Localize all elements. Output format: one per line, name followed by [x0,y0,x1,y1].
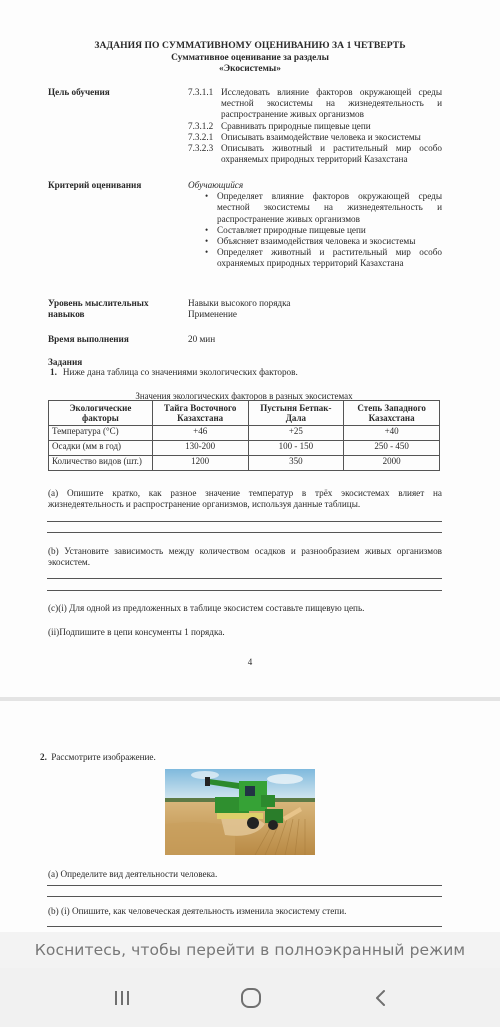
fullscreen-hint-bar[interactable]: Коснитесь, чтобы перейти в полноэкранный… [0,932,500,968]
system-navigation-bar [0,968,500,1027]
recent-apps-button[interactable] [102,982,142,1014]
combine-harvester-image [165,769,315,855]
document-title: ЗАДАНИЯ ПО СУММАТИВНОМУ ОЦЕНИВАНИЮ ЗА 1 … [0,40,500,51]
time-value: 20 мин [188,334,442,345]
criteria-subject: Обучающийся [188,180,442,191]
table-cell: +25 [248,426,344,441]
objective-item: 7.3.2.1 Описывать взаимодействие человек… [188,132,442,143]
answer-line [47,521,442,522]
assessment-criteria-label: Критерий оценивания [48,180,141,191]
thinking-skills-label: Уровень мыслительных навыков [48,298,149,320]
table-cell: Количество видов (шт.) [49,456,153,471]
document-page-5[interactable]: 2. Рассмотрите изображение. [0,701,500,932]
answer-line [47,896,442,897]
question-2a: (a) Определите вид деятельности человека… [48,869,442,880]
tasks-heading: Задания [48,357,82,367]
table-row: Количество видов (шт.) 1200 350 2000 [49,456,440,471]
objective-item: 7.3.1.1 Исследовать влияние факторов окр… [188,87,442,121]
column-header: Экологические факторы [49,401,153,426]
assessment-criteria-block: Обучающийся Определяет влияние факторов … [188,180,442,270]
table-cell: +40 [344,426,440,441]
learning-objectives-label: Цель обучения [48,87,110,98]
table-cell: +46 [152,426,248,441]
task-2-intro: 2. Рассмотрите изображение. [40,752,156,762]
table-cell: 100 - 150 [248,441,344,456]
task-1-intro: 1.Ниже дана таблица со значениями эколог… [50,367,298,377]
table-cell: Температура (°С) [49,426,153,441]
column-header: Степь Западного Казахстана [344,401,440,426]
home-icon [239,987,263,1009]
question-1b: (b) Установите зависимость между количес… [48,546,442,568]
table-row: Осадки (мм в год) 130-200 100 - 150 250 … [49,441,440,456]
question-1c-i: (c)(i) Для одной из предложенных в табли… [48,603,442,614]
criteria-item: Объясняет взаимодействия человека и экос… [205,236,442,247]
table-cell: Осадки (мм в год) [49,441,153,456]
table-cell: 130-200 [152,441,248,456]
ecological-factors-table: Экологические факторы Тайга Восточного К… [48,400,440,471]
column-header: Пустыня Бетпак-Дала [248,401,344,426]
answer-line [47,926,442,927]
answer-line [47,590,442,591]
document-section-name: «Экосистемы» [0,64,500,74]
table-header-row: Экологические факторы Тайга Восточного К… [49,401,440,426]
task-2-number: 2. [40,752,47,762]
criteria-item: Определяет животный и растительный мир о… [205,247,442,269]
document-page-4[interactable]: ЗАДАНИЯ ПО СУММАТИВНОМУ ОЦЕНИВАНИЮ ЗА 1 … [0,0,500,697]
criteria-item: Определяет влияние факторов окружающей с… [205,191,442,225]
criteria-item: Составляет природные пищевые цепи [205,225,442,236]
learning-objectives-list: 7.3.1.1 Исследовать влияние факторов окр… [188,87,442,165]
page-number: 4 [0,657,500,667]
time-label: Время выполнения [48,334,129,345]
home-button[interactable] [231,982,271,1014]
column-header: Тайга Восточного Казахстана [152,401,248,426]
table-cell: 350 [248,456,344,471]
back-button[interactable] [361,982,401,1014]
answer-line [47,578,442,579]
answer-line [47,885,442,886]
question-1c-ii: (ii)Подпишите в цепи консументы 1 порядк… [48,627,442,638]
answer-line [47,532,442,533]
back-icon [371,988,391,1008]
task-1-number: 1. [50,367,57,377]
criteria-list: Определяет влияние факторов окружающей с… [205,191,442,269]
table-cell: 250 - 450 [344,441,440,456]
table-row: Температура (°С) +46 +25 +40 [49,426,440,441]
objective-item: 7.3.2.3 Описывать животный и растительны… [188,143,442,165]
question-1a: (a) Опишите кратко, как разное значение … [48,488,442,510]
fullscreen-hint-text: Коснитесь, чтобы перейти в полноэкранный… [35,941,465,959]
recent-apps-icon [110,988,134,1008]
harvester-picture-icon [165,769,315,855]
thinking-skills-value: Навыки высокого порядка Применение [188,298,442,320]
question-2b-i: (b) (i) Опишите, как человеческая деятел… [48,906,442,917]
objective-item: 7.3.1.2 Сравнивать природные пищевые цеп… [188,121,442,132]
table-cell: 1200 [152,456,248,471]
document-subtitle: Суммативное оценивание за разделы [0,53,500,63]
table-cell: 2000 [344,456,440,471]
